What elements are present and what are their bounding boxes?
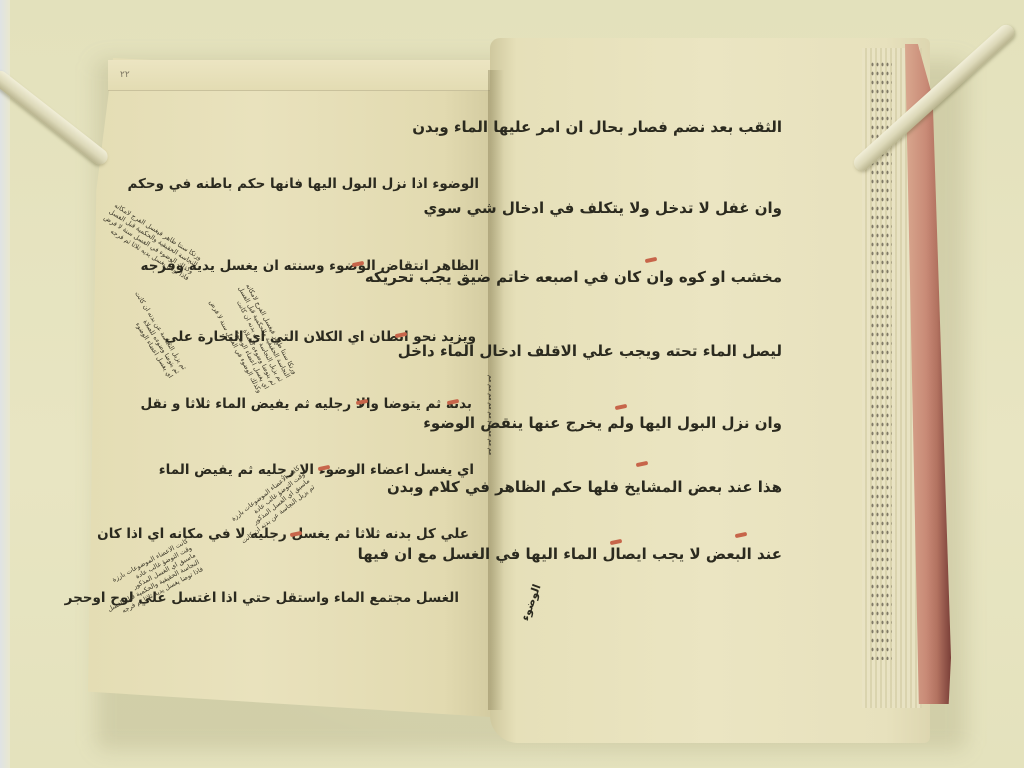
left-line-6: علي كل بدنه ثلاثا ثم يغسل رجليه لا في مك… (97, 526, 469, 542)
left-line-1: الوضوء اذا نزل البول اليها فانها حكم باط… (127, 176, 479, 192)
folio-number: ٢٢ (120, 70, 130, 80)
left-page (88, 58, 506, 718)
left-page-fold (108, 60, 500, 91)
right-line-1: الثقب بعد نضم فصار بحال ان امر عليها الم… (412, 118, 782, 136)
left-edge-strip (0, 0, 10, 768)
left-line-4: بدنه ثم يتوضا والا رجليه ثم يفيض الماء ث… (141, 396, 473, 412)
right-line-6: هذا عند بعض المشايخ فلها حكم الظاهر في ك… (387, 478, 782, 496)
left-line-3: ويزيد نحو انطان اي الكلان التي اي التخار… (165, 329, 476, 345)
left-line-5: اي يغسل اعضاء الوضوء الا رجليه ثم يفيض ا… (159, 462, 474, 478)
margin-notes-column: مم مم مم مم مم مم مم مم مم (478, 185, 496, 455)
right-line-7: عند البعض لا يجب ايصال الماء اليها في ال… (358, 545, 782, 563)
